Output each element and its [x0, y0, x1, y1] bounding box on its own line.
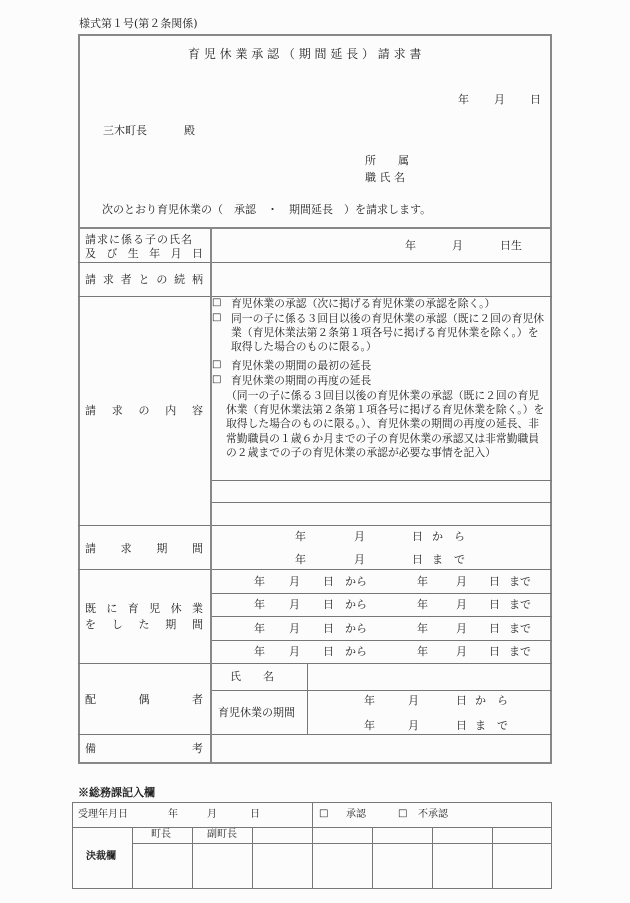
label-char: 続	[174, 274, 185, 285]
seal-box[interactable]	[433, 844, 492, 888]
spouse-name-label: 氏 名	[230, 671, 274, 682]
received-year: 年	[168, 810, 178, 820]
received-date-label: 受理年月日	[78, 810, 128, 820]
label-char: 業	[192, 603, 203, 614]
label-char: 請	[85, 274, 96, 285]
relationship-label: 請 求 者 と の 続 柄	[85, 274, 203, 285]
label-char: 内	[165, 405, 176, 416]
year-label: 年	[254, 599, 265, 610]
addressee-honorific: 殿	[184, 125, 195, 136]
spouse-from-day: 日	[456, 695, 467, 706]
day-label: 日	[323, 576, 334, 587]
birth-year-label: 年	[405, 240, 416, 251]
seal-box[interactable]	[313, 844, 372, 888]
label-char: に	[106, 603, 117, 614]
previous-entry-row[interactable]: 年 月 日 から 年 月 日 まで	[212, 570, 550, 593]
addressee-name: 三木町長	[103, 125, 147, 136]
approver-header-deputy-mayor: 副町長	[207, 830, 237, 840]
year-label: 年	[417, 646, 428, 657]
period-from-day: 日	[412, 531, 423, 542]
seal-box[interactable]	[253, 844, 312, 888]
label-char: 者	[192, 694, 203, 705]
month-label: 月	[456, 599, 467, 610]
label-char: 考	[192, 743, 203, 754]
period-from-field[interactable]	[212, 526, 550, 547]
day-label: 日	[323, 599, 334, 610]
period-to-field[interactable]	[212, 548, 550, 569]
label-char: 日	[192, 248, 203, 259]
from-label: から	[345, 646, 367, 657]
checkbox-approval[interactable]: □	[212, 298, 221, 308]
checkbox-second-extension[interactable]: □	[212, 375, 221, 385]
label-char: 柄	[192, 274, 203, 285]
frame-top	[78, 34, 552, 36]
spouse-period-to-field[interactable]	[309, 713, 550, 734]
previous-entry-row[interactable]: 年 月 日 から 年 月 日 まで	[212, 594, 550, 616]
day-label: 日	[489, 599, 500, 610]
label-char: を	[85, 619, 96, 630]
content-label: 請 求 の 内 容	[85, 405, 203, 416]
to-label: まで	[509, 623, 531, 634]
option-third-approval-text: 同一の子に係る３回目以後の育児休業の承認（既に２回の育児休業（育児休業法第２条第…	[231, 312, 549, 355]
label-char: 請	[85, 405, 96, 416]
previous-entry-row[interactable]: 年 月 日 から 年 月 日 まで	[212, 641, 550, 663]
label-char: の	[156, 274, 167, 285]
day-label: 日	[323, 646, 334, 657]
label-char: 生	[128, 248, 139, 259]
year-label: 年	[254, 623, 265, 634]
option-approval-text: 育児休業の承認（次に掲げる育児休業の承認を除く。）	[231, 297, 549, 311]
reason-line-1[interactable]	[212, 481, 550, 502]
relationship-field[interactable]	[212, 263, 550, 296]
date-day-label: 日	[530, 94, 541, 105]
label-char: 請	[85, 543, 96, 554]
spouse-period-label: 育児休業の期間	[218, 707, 295, 718]
label-char: 偶	[139, 694, 150, 705]
month-label: 月	[289, 576, 300, 587]
label-char: 及	[85, 248, 96, 259]
frame-right	[550, 34, 552, 764]
remarks-label: 備 考	[85, 743, 203, 754]
period-to-month: 月	[354, 554, 365, 565]
office-table-left	[72, 802, 73, 889]
year-label: 年	[254, 646, 265, 657]
birth-month-label: 月	[452, 240, 463, 251]
decision-label: 決裁欄	[86, 852, 116, 862]
approve-checkbox[interactable]: □	[319, 809, 328, 819]
reason-line-2[interactable]	[212, 503, 550, 525]
label-char: 児	[149, 603, 160, 614]
office-table-right	[551, 802, 552, 889]
label-char: 求	[121, 543, 132, 554]
form-number: 様式第１号(第２条関係)	[79, 18, 198, 29]
approve-label: 承認	[346, 810, 366, 820]
checkbox-third-approval[interactable]: □	[212, 313, 221, 323]
label-char: し	[112, 619, 123, 630]
spouse-from-month: 月	[408, 695, 419, 706]
label-char: 育	[128, 603, 139, 614]
year-label: 年	[417, 623, 428, 634]
content-note: （同一の子に係る３回目以後の育児休業の承認（既に２回の育児休業（育児休業法第２条…	[226, 389, 548, 460]
child-label-line1: 請求に係る子の氏名	[85, 234, 193, 245]
label-char: 備	[85, 743, 96, 754]
spouse-to-month: 月	[408, 720, 419, 731]
from-label: から	[345, 576, 367, 587]
day-label: 日	[323, 623, 334, 634]
period-label: 請 求 期 間	[85, 543, 203, 554]
option-first-extension-text: 育児休業の期間の最初の延長	[231, 359, 549, 373]
period-from-month: 月	[354, 531, 365, 542]
applicant-name-label: 職 氏 名	[365, 172, 405, 183]
label-char: 期	[156, 543, 167, 554]
year-label: 年	[417, 599, 428, 610]
label-char: 間	[192, 543, 203, 554]
previous-label-line1: 既 に 育 児 休 業	[85, 603, 203, 614]
year-label: 年	[254, 576, 265, 587]
label-char: 求	[112, 405, 123, 416]
spouse-name-field[interactable]	[309, 664, 550, 690]
year-label: 年	[417, 576, 428, 587]
remarks-field[interactable]	[212, 735, 550, 762]
month-label: 月	[289, 623, 300, 634]
from-label: から	[345, 623, 367, 634]
spouse-period-from-field[interactable]	[309, 691, 550, 712]
reject-label: 不承認	[418, 810, 448, 820]
label-char: 休	[171, 603, 182, 614]
month-label: 月	[456, 646, 467, 657]
seal-box-deputy-mayor[interactable]	[193, 844, 252, 888]
frame-bottom	[78, 762, 552, 764]
month-label: 月	[456, 576, 467, 587]
received-day: 日	[250, 810, 260, 820]
to-label: まで	[509, 646, 531, 657]
label-char: 既	[85, 603, 96, 614]
month-label: 月	[289, 599, 300, 610]
label-char: た	[139, 619, 150, 630]
affiliation-label: 所 属	[365, 155, 409, 166]
to-label: まで	[509, 576, 531, 587]
month-label: 月	[289, 646, 300, 657]
label-char: 者	[121, 274, 132, 285]
month-label: 月	[456, 623, 467, 634]
label-char: 求	[103, 274, 114, 285]
date-year-label: 年	[458, 94, 469, 105]
label-char: 期	[165, 619, 176, 630]
date-month-label: 月	[494, 94, 505, 105]
spouse-to-day: 日	[456, 720, 467, 731]
spouse-label: 配 偶 者	[85, 694, 203, 705]
spouse-from-suffix: か ら	[475, 695, 508, 706]
day-label: 日	[489, 623, 500, 634]
request-sentence: 次のとおり育児休業の（ 承認 ・ 期間延長 ）を請求します。	[102, 204, 431, 215]
period-from-year: 年	[295, 531, 306, 542]
label-char: 年	[149, 248, 160, 259]
label-char: と	[138, 274, 149, 285]
seal-box[interactable]	[373, 844, 432, 888]
previous-entry-row[interactable]: 年 月 日 から 年 月 日 まで	[212, 617, 550, 640]
spouse-subcolumn-divider	[307, 663, 308, 734]
seal-box-mayor[interactable]	[133, 844, 192, 888]
child-label-line2: 及 び 生 年 月 日	[85, 248, 203, 259]
checkbox-first-extension[interactable]: □	[212, 360, 221, 370]
label-char: 容	[192, 405, 203, 416]
from-label: から	[345, 599, 367, 610]
reject-checkbox[interactable]: □	[398, 809, 407, 819]
label-char: び	[106, 248, 117, 259]
spouse-to-year: 年	[364, 720, 375, 731]
option-second-extension-text: 育児休業の期間の再度の延長	[231, 374, 549, 388]
frame-left	[78, 34, 80, 764]
to-label: まで	[509, 599, 531, 610]
approver-header-mayor: 町長	[151, 830, 171, 840]
received-month: 月	[207, 810, 217, 820]
label-char: 間	[192, 619, 203, 630]
period-to-day: 日	[412, 554, 423, 565]
spouse-to-suffix: ま で	[475, 720, 508, 731]
label-char: の	[139, 405, 150, 416]
day-label: 日	[489, 576, 500, 587]
previous-label-line2: を し た 期 間	[85, 619, 203, 630]
period-from-suffix: か ら	[432, 531, 465, 542]
birth-day-label: 日生	[500, 240, 522, 251]
form-title: 育 児 休 業 承 認 （ 期 間 延 長 ） 請 求 書	[188, 48, 421, 60]
day-label: 日	[489, 646, 500, 657]
label-char: 月	[171, 248, 182, 259]
label-char: 配	[85, 694, 96, 705]
seal-box[interactable]	[493, 844, 551, 888]
period-to-year: 年	[295, 554, 306, 565]
spouse-from-year: 年	[364, 695, 375, 706]
period-to-suffix: ま で	[432, 554, 465, 565]
office-heading: ※総務課記入欄	[78, 787, 155, 798]
